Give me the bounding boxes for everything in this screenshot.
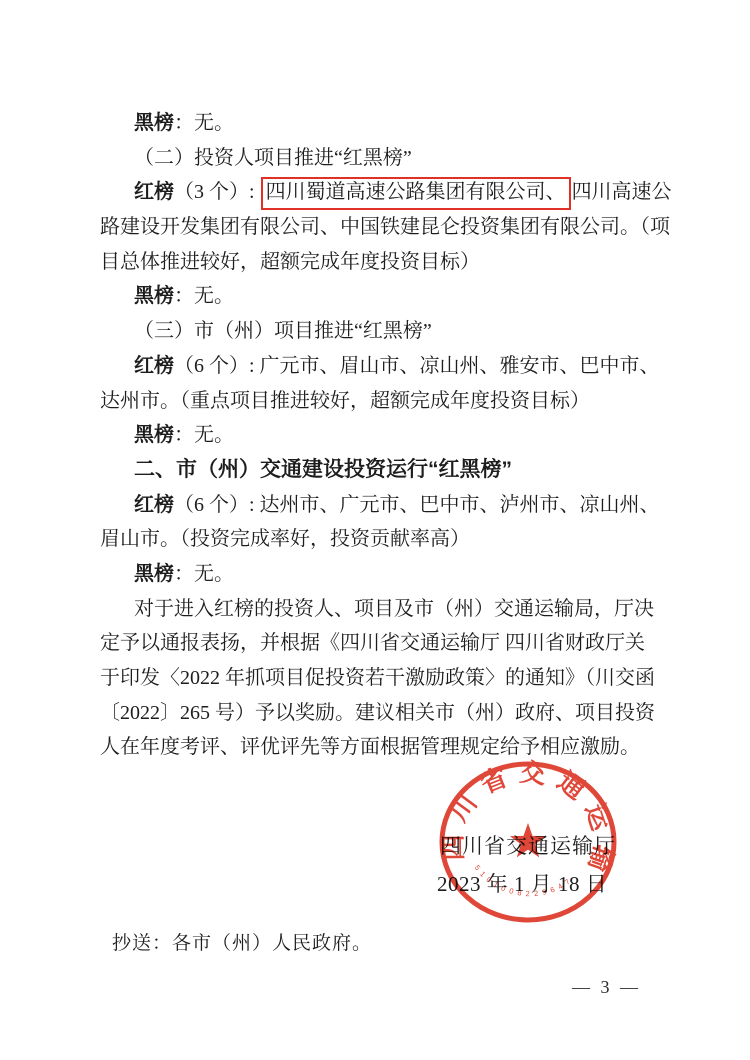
svg-text:四川省交通运输厅: 四川省交通运输厅: [433, 757, 620, 885]
seal-star-icon: [510, 823, 546, 857]
text-line: 红榜（3 个）: 四川蜀道高速公路集团有限公司、四川高速公: [100, 175, 660, 210]
text-line: 黑榜：无。: [100, 106, 660, 141]
heading-line: 二、市（州）交通建设投资运行“红黑榜”: [100, 453, 660, 488]
text-line: 红榜（6 个）: 广元市、眉山市、凉山州、雅安市、巴中市、: [100, 349, 660, 384]
text-line: 达州市。（重点项目推进较好，超额完成年度投资目标）: [100, 384, 660, 419]
svg-text:5101008229647: 5101008229647: [470, 862, 576, 903]
text-line: 定予以通报表扬，并根据《四川省交通运输厅 四川省财政厅关: [100, 626, 660, 661]
highlight-box: 四川蜀道高速公路集团有限公司、: [261, 177, 571, 210]
document-body: 黑榜：无。（二）投资人项目推进“红黑榜”红榜（3 个）: 四川蜀道高速公路集团有…: [100, 106, 660, 765]
text-line: （三）市（州）项目推进“红黑榜”: [100, 314, 660, 349]
cc-line: 抄送：各市（州）人民政府。: [112, 928, 372, 955]
text-line: 路建设开发集团有限公司、中国铁建昆仑投资集团有限公司。（项: [100, 210, 660, 245]
text-line: 〔2022〕265 号）予以奖励。建议相关市（州）政府、项目投资: [100, 696, 660, 731]
text-line: 红榜（6 个）: 达州市、广元市、巴中市、泸州市、凉山州、: [100, 488, 660, 523]
official-seal: 四川省交通运输厅 5101008229647: [433, 757, 623, 929]
text-line: 于印发〈2022 年抓项目促投资若干激励政策〉的通知》（川交函: [100, 661, 660, 696]
text-line: 黑榜：无。: [100, 279, 660, 314]
text-line: 黑榜：无。: [100, 418, 660, 453]
text-line: （二）投资人项目推进“红黑榜”: [100, 141, 660, 176]
document-page: 黑榜：无。（二）投资人项目推进“红黑榜”红榜（3 个）: 四川蜀道高速公路集团有…: [0, 0, 750, 1060]
page-number: — 3 —: [572, 977, 641, 998]
text-line: 黑榜：无。: [100, 557, 660, 592]
text-line: 目总体推进较好，超额完成年度投资目标）: [100, 245, 660, 280]
seal-arc-text: 四川省交通运输厅: [433, 757, 620, 885]
text-line: 对于进入红榜的投资人、项目及市（州）交通运输局，厅决: [100, 592, 660, 627]
text-line: 眉山市。（投资完成率好，投资贡献率高）: [100, 522, 660, 557]
seal-serial-number: 5101008229647: [470, 862, 576, 903]
